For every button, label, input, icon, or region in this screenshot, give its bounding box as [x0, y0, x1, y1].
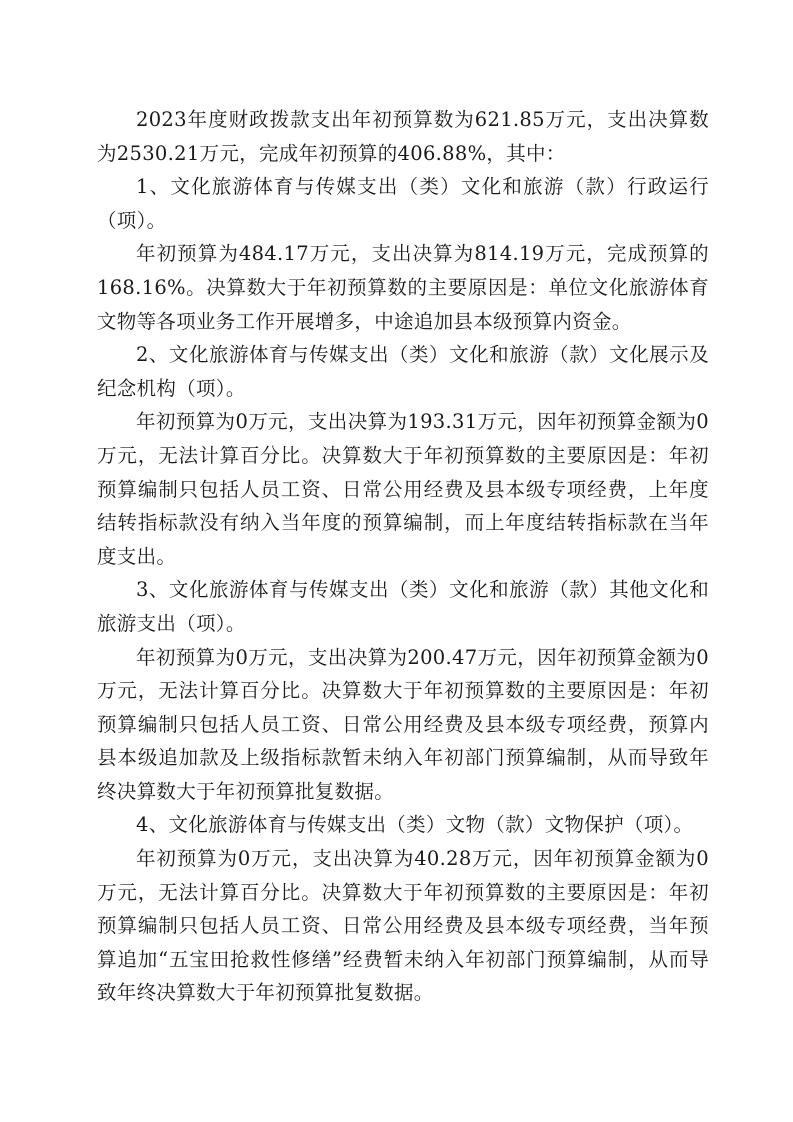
- paragraph-item-2-detail: 年初预算为0万元，支出决算为193.31万元，因年初预算金额为0万元，无法计算百…: [97, 405, 709, 573]
- paragraph-item-2-heading: 2、文化旅游体育与传媒支出（类）文化和旅游（款）文化展示及纪念机构（项）。: [97, 338, 709, 405]
- document-page: 2023年度财政拨款支出年初预算数为621.85万元，支出决算数为2530.21…: [97, 103, 709, 1010]
- paragraph-item-1-heading: 1、文化旅游体育与传媒支出（类）文化和旅游（款）行政运行（项）。: [97, 170, 709, 237]
- paragraph-item-3-heading: 3、文化旅游体育与传媒支出（类）文化和旅游（款）其他文化和旅游支出（项）。: [97, 573, 709, 640]
- paragraph-item-4-heading: 4、文化旅游体育与传媒支出（类）文物（款）文物保护（项）。: [97, 808, 709, 842]
- paragraph-item-1-detail: 年初预算为484.17万元，支出决算为814.19万元，完成预算的168.16%…: [97, 237, 709, 338]
- paragraph-summary: 2023年度财政拨款支出年初预算数为621.85万元，支出决算数为2530.21…: [97, 103, 709, 170]
- paragraph-item-4-detail: 年初预算为0万元，支出决算为40.28万元，因年初预算金额为0万元，无法计算百分…: [97, 842, 709, 1010]
- paragraph-item-3-detail: 年初预算为0万元，支出决算为200.47万元，因年初预算金额为0万元，无法计算百…: [97, 641, 709, 809]
